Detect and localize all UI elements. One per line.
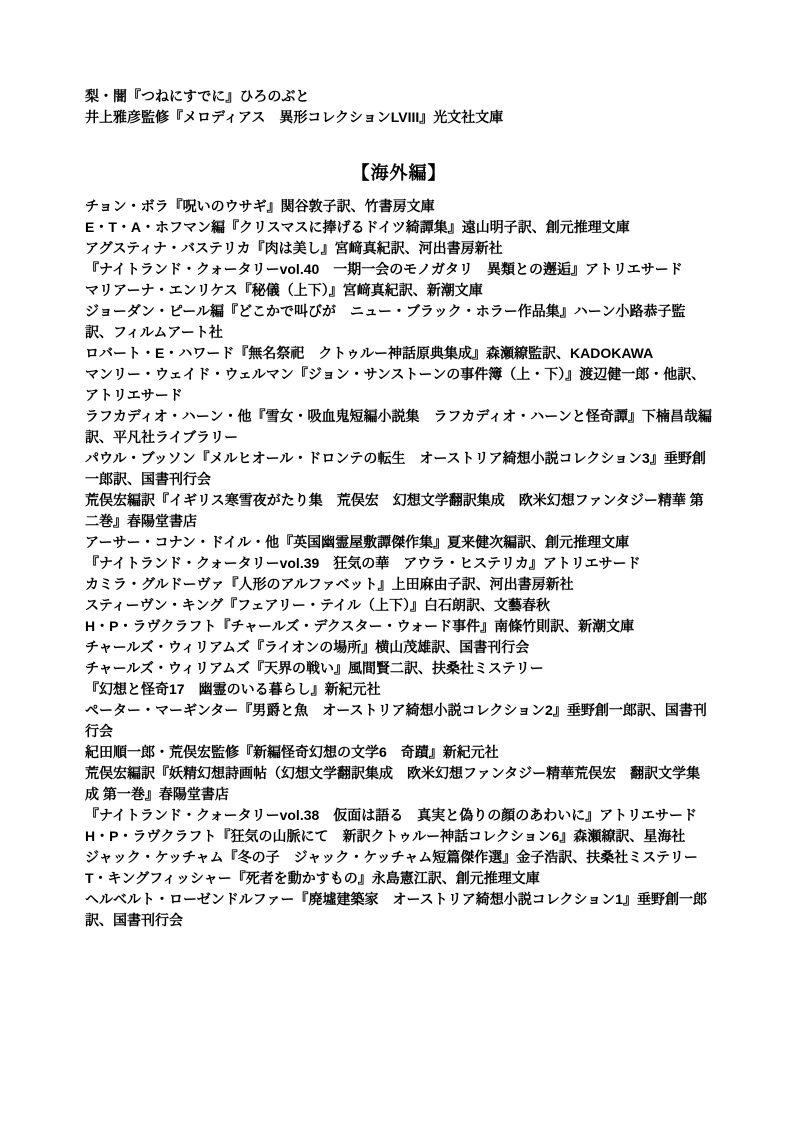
book-entry: アグスティナ・バステリカ『肉は美し』宮﨑真紀訳、河出書房新社 <box>85 238 713 259</box>
book-entry: マンリー・ウェイド・ウェルマン『ジョン・サンストーンの事件簿（上・下）』渡辺健一… <box>85 364 713 406</box>
intro-line-domestic-1: 梨・闇『つねにすでに』ひろのぶと <box>85 86 713 107</box>
book-entry: H・P・ラヴクラフト『狂気の山脈にて 新訳クトゥルー神話コレクション6』森瀬繚訳… <box>85 826 713 847</box>
book-entry: 『ナイトランド・クォータリーvol.40 一期一会のモノガタリ 異類との邂逅』ア… <box>85 259 713 280</box>
book-entry: ペーター・マーギンター『男爵と魚 オーストリア綺想小説コレクション2』垂野創一郎… <box>85 700 713 742</box>
book-entry: E・T・A・ホフマン編『クリスマスに捧げるドイツ綺譚集』遠山明子訳、創元推理文庫 <box>85 217 713 238</box>
book-entry: ヘルベルト・ローゼンドルファー『廃墟建築家 オーストリア綺想小説コレクション1』… <box>85 889 713 931</box>
book-entry: 『ナイトランド・クォータリーvol.38 仮面は語る 真実と偽りの顔のあわいに』… <box>85 805 713 826</box>
book-entry: アーサー・コナン・ドイル・他『英国幽霊屋敷譚傑作集』夏来健次編訳、創元推理文庫 <box>85 532 713 553</box>
book-entry: ロバート・E・ハワード『無名祭祀 クトゥルー神話原典集成』森瀬繚監訳、KADOK… <box>85 343 713 364</box>
book-list: チョン・ボラ『呪いのウサギ』関谷敦子訳、竹書房文庫 E・T・A・ホフマン編『クリ… <box>85 196 713 931</box>
book-entry: カミラ・グルドーヴァ『人形のアルファベット』上田麻由子訳、河出書房新社 <box>85 574 713 595</box>
book-entry: チョン・ボラ『呪いのウサギ』関谷敦子訳、竹書房文庫 <box>85 196 713 217</box>
document-page: 梨・闇『つねにすでに』ひろのぶと 井上雅彦監修『メロディアス 異形コレクションL… <box>0 0 794 1123</box>
book-entry: 紀田順一郎・荒俣宏監修『新編怪奇幻想の文学6 奇蹟』新紀元社 <box>85 742 713 763</box>
book-entry: マリアーナ・エンリケス『秘儀（上下）』宮﨑真紀訳、新潮文庫 <box>85 280 713 301</box>
book-entry: チャールズ・ウィリアムズ『天界の戦い』風間賢二訳、扶桑社ミステリー <box>85 658 713 679</box>
book-entry: ジョーダン・ピール編『どこかで叫びが ニュー・ブラック・ホラー作品集』ハーン小路… <box>85 301 713 343</box>
book-entry: 荒俣宏編訳『妖精幻想詩画帖（幻想文学翻訳集成 欧米幻想ファンタジー精華荒俣宏 翻… <box>85 763 713 805</box>
book-entry: ジャック・ケッチャム『冬の子 ジャック・ケッチャム短篇傑作選』金子浩訳、扶桑社ミ… <box>85 847 713 868</box>
book-entry: 『ナイトランド・クォータリーvol.39 狂気の華 アウラ・ヒステリカ』アトリエ… <box>85 553 713 574</box>
book-entry: 荒俣宏編訳『イギリス寒雪夜がたり集 荒俣宏 幻想文学翻訳集成 欧米幻想ファンタジ… <box>85 490 713 532</box>
book-entry: パウル・ブッソン『メルヒオール・ドロンテの転生 オーストリア綺想小説コレクション… <box>85 448 713 490</box>
book-entry: 『幻想と怪奇17 幽霊のいる暮らし』新紀元社 <box>85 679 713 700</box>
book-entry: チャールズ・ウィリアムズ『ライオンの場所』横山茂雄訳、国書刊行会 <box>85 637 713 658</box>
book-entry: スティーヴン・キング『フェアリー・テイル（上下）』白石朗訳、文藝春秋 <box>85 595 713 616</box>
section-heading-overseas: 【海外編】 <box>85 162 713 184</box>
book-entry: H・P・ラヴクラフト『チャールズ・デクスター・ウォード事件』南條竹則訳、新潮文庫 <box>85 616 713 637</box>
intro-line-domestic-2: 井上雅彦監修『メロディアス 異形コレクションLVIII』光文社文庫 <box>85 107 713 128</box>
book-entry: T・キングフィッシャー『死者を動かすもの』永島憲江訳、創元推理文庫 <box>85 868 713 889</box>
book-entry: ラフカディオ・ハーン・他『雪女・吸血鬼短編小説集 ラフカディオ・ハーンと怪奇譚』… <box>85 406 713 448</box>
